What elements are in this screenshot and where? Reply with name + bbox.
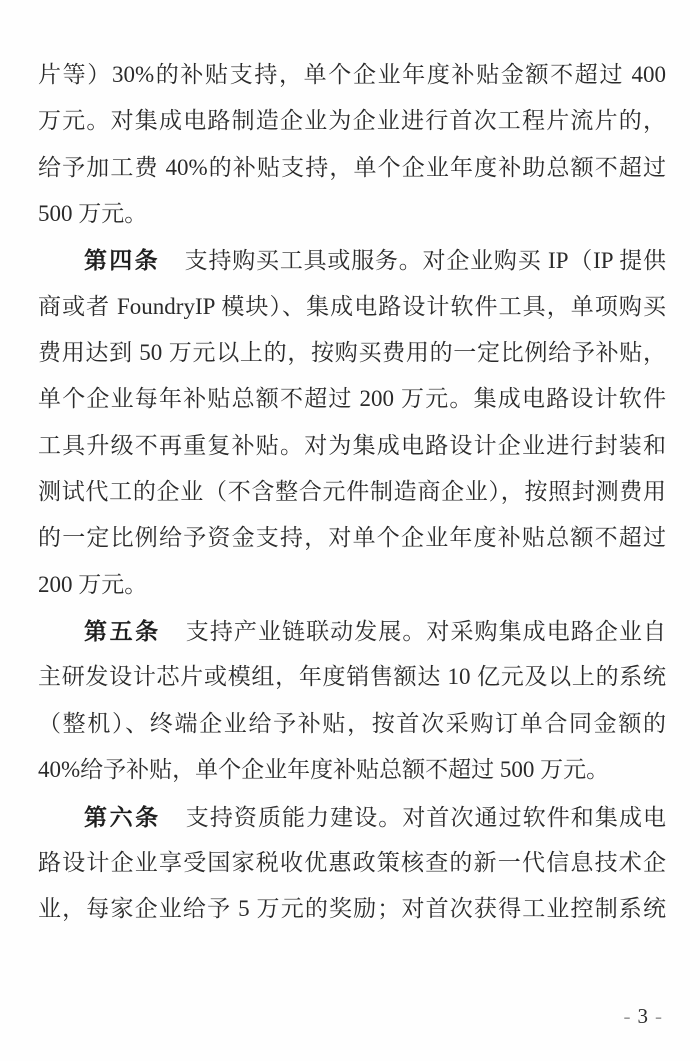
- text-line: 单个企业每年补贴总额不超过 200 万元。集成电路设计软件: [38, 376, 666, 422]
- article-number: 第四条: [84, 247, 160, 273]
- text-line: 的一定比例给予资金支持，对单个企业年度补贴总额不超过: [38, 515, 666, 561]
- text-line: 商或者 FoundryIP 模块）、集成电路设计软件工具，单项购买: [38, 284, 666, 330]
- text-line: 500 万元。: [38, 191, 666, 237]
- article-heading-line: 第六条支持资质能力建设。对首次通过软件和集成电: [38, 794, 666, 840]
- document-body: 片等）30%的补贴支持，单个企业年度补贴金额不超过 400 万元。对集成电路制造…: [38, 52, 666, 933]
- page-number-dash-left: -: [624, 1004, 631, 1028]
- paragraph-continued: 片等）30%的补贴支持，单个企业年度补贴金额不超过 400 万元。对集成电路制造…: [38, 52, 666, 237]
- text-line: 路设计企业享受国家税收优惠政策核查的新一代信息技术企: [38, 840, 666, 886]
- page-number-value: 3: [638, 1004, 649, 1028]
- text-line: 40%给予补贴，单个企业年度补贴总额不超过 500 万元。: [38, 747, 666, 793]
- text-line: 片等）30%的补贴支持，单个企业年度补贴金额不超过 400: [38, 52, 666, 98]
- paragraph-article-5: 第五条支持产业链联动发展。对采购集成电路企业自 主研发设计芯片或模组，年度销售额…: [38, 608, 666, 793]
- page-number: -3-: [617, 1003, 670, 1029]
- text-line: 主研发设计芯片或模组，年度销售额达 10 亿元及以上的系统: [38, 654, 666, 700]
- article-heading-line: 第四条支持购买工具或服务。对企业购买 IP（IP 提供: [38, 237, 666, 283]
- article-number: 第六条: [84, 804, 161, 830]
- text-line: 200 万元。: [38, 562, 666, 608]
- text-line: 测试代工的企业（不含整合元件制造商企业），按照封测费用: [38, 469, 666, 515]
- text-line: 费用达到 50 万元以上的，按购买费用的一定比例给予补贴，: [38, 330, 666, 376]
- paragraph-article-6: 第六条支持资质能力建设。对首次通过软件和集成电 路设计企业享受国家税收优惠政策核…: [38, 794, 666, 933]
- text-line: 万元。对集成电路制造企业为企业进行首次工程片流片的，: [38, 98, 666, 144]
- article-heading-line: 第五条支持产业链联动发展。对采购集成电路企业自: [38, 608, 666, 654]
- page-number-dash-right: -: [655, 1004, 662, 1028]
- text-line: 业，每家企业给予 5 万元的奖励；对首次获得工业控制系统: [38, 886, 666, 932]
- text-line: （整机）、终端企业给予补贴，按首次采购订单合同金额的: [38, 701, 666, 747]
- article-number: 第五条: [84, 618, 161, 644]
- document-page: 片等）30%的补贴支持，单个企业年度补贴金额不超过 400 万元。对集成电路制造…: [0, 0, 700, 1061]
- text-line: 支持产业链联动发展。对采购集成电路企业自: [185, 619, 666, 644]
- text-line: 支持资质能力建设。对首次通过软件和集成电: [185, 805, 666, 830]
- text-line: 工具升级不再重复补贴。对为集成电路设计企业进行封装和: [38, 423, 666, 469]
- text-line: 支持购买工具或服务。对企业购买 IP（IP 提供: [184, 248, 666, 273]
- paragraph-article-4: 第四条支持购买工具或服务。对企业购买 IP（IP 提供 商或者 FoundryI…: [38, 237, 666, 608]
- text-line: 给予加工费 40%的补贴支持，单个企业年度补助总额不超过: [38, 145, 666, 191]
